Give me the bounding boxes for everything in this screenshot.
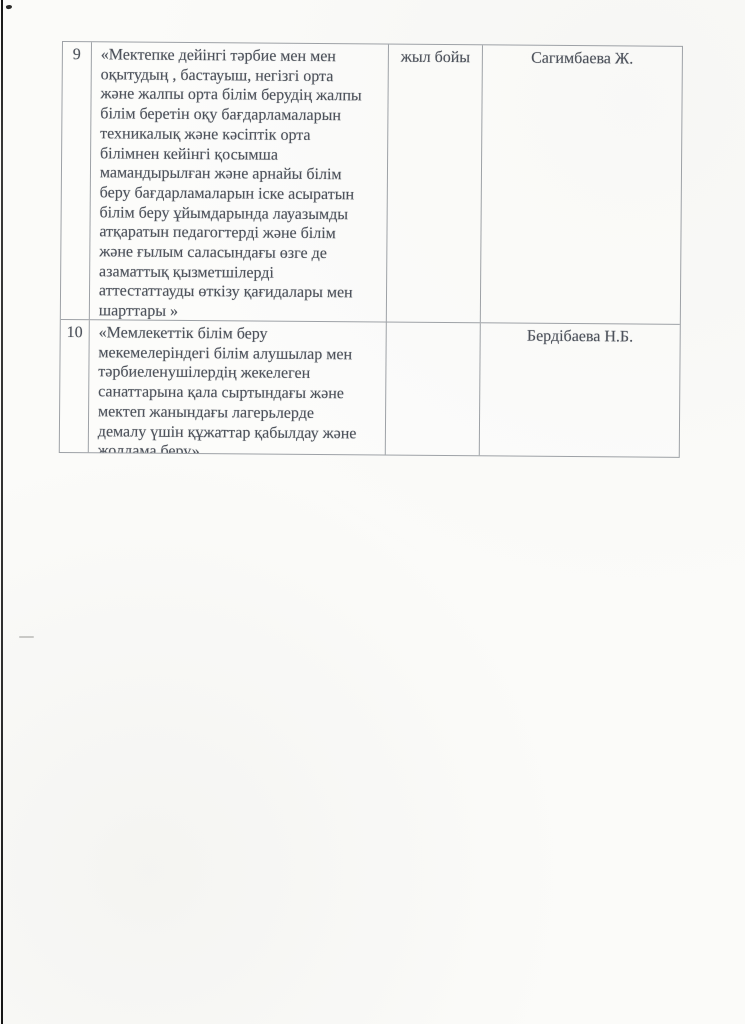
task-cell: «Мемлекеттік білім беру мекемелеріндегі … bbox=[88, 320, 386, 454]
scan-dash-artifact bbox=[19, 636, 34, 638]
scanned-page: { "colors": { "paper": "#fbfbf9", "ink":… bbox=[0, 0, 745, 1024]
responsible-cell: Бердібаева Н.Б. bbox=[478, 323, 679, 457]
period-cell: жыл бойы bbox=[386, 45, 482, 323]
document-table: 9 «Мектепке дейінгі тәрбие мен мен оқыту… bbox=[59, 41, 683, 458]
task-cell: «Мектепке дейінгі тәрбие мен мен оқытуды… bbox=[89, 42, 388, 321]
row-number-cell: 9 bbox=[61, 42, 91, 319]
period-cell bbox=[385, 323, 480, 456]
row-number-cell: 10 bbox=[60, 320, 89, 452]
scan-speck-artifact bbox=[6, 4, 13, 9]
scan-edge-artifact bbox=[1, 0, 3, 1024]
table-row-9: 9 «Мектепке дейінгі тәрбие мен мен оқыту… bbox=[61, 42, 682, 324]
table-row-10: 10 «Мемлекеттік білім беру мекемелерінде… bbox=[60, 319, 680, 457]
responsible-cell: Сагимбаева Ж. bbox=[479, 45, 681, 324]
